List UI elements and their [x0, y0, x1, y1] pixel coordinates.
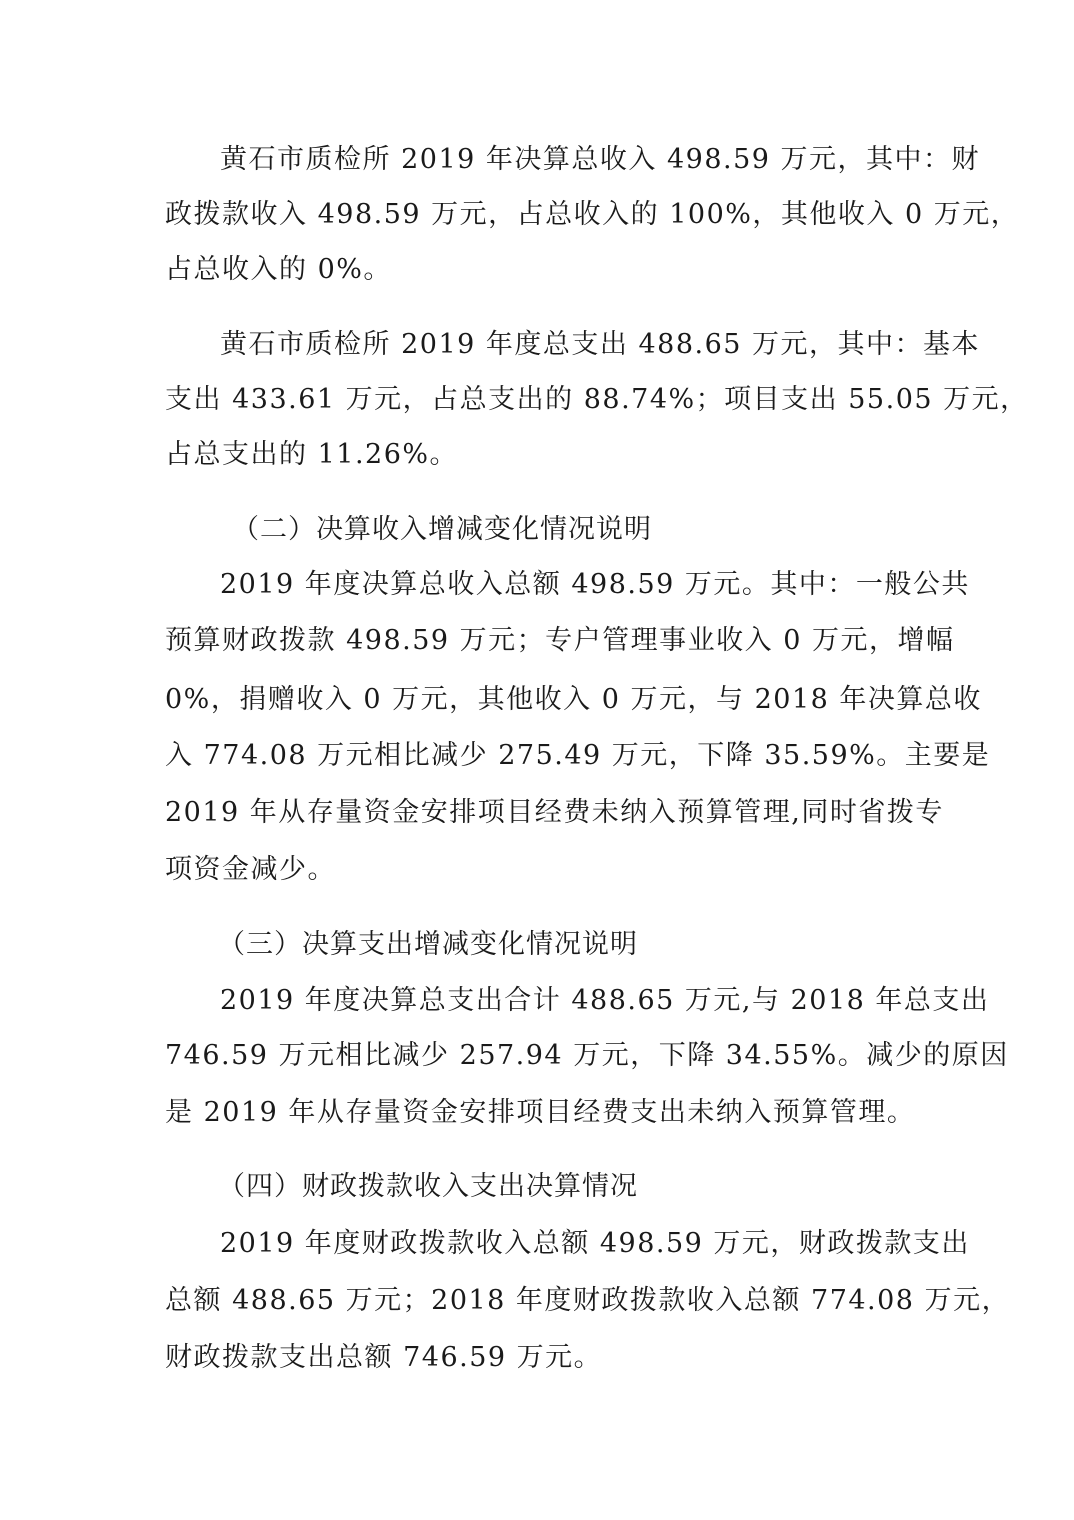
- section-heading: （二）决算收入增减变化情况说明: [232, 513, 652, 547]
- text-line: 746.59 万元相比减少 257.94 万元，下降 34.55%。减少的原因: [165, 1039, 910, 1073]
- section-heading: （三）决算支出增减变化情况说明: [218, 928, 638, 962]
- text-line: 是 2019 年从存量资金安排项目经费支出未纳入预算管理。: [165, 1096, 910, 1130]
- text-line: 入 774.08 万元相比减少 275.49 万元，下降 35.59%。主要是: [165, 739, 910, 773]
- text-line: 黄石市质检所 2019 年决算总收入 498.59 万元，其中：财: [220, 143, 910, 177]
- text-line: 2019 年度决算总支出合计 488.65 万元,与 2018 年总支出: [220, 984, 910, 1018]
- text-line: 0%，捐赠收入 0 万元，其他收入 0 万元，与 2018 年决算总收: [165, 683, 910, 717]
- text-line: 占总支出的 11.26%。: [165, 438, 910, 472]
- text-line: 2019 年从存量资金安排项目经费未纳入预算管理,同时省拨专: [165, 796, 910, 830]
- text-line: 预算财政拨款 498.59 万元；专户管理事业收入 0 万元，增幅: [165, 624, 910, 658]
- text-line: 项资金减少。: [165, 853, 910, 887]
- text-line: 政拨款收入 498.59 万元，占总收入的 100%，其他收入 0 万元，: [165, 198, 910, 232]
- text-line: 财政拨款支出总额 746.59 万元。: [165, 1341, 910, 1375]
- section-heading: （四）财政拨款收入支出决算情况: [218, 1170, 638, 1204]
- text-line: 支出 433.61 万元，占总支出的 88.74%；项目支出 55.05 万元，: [165, 383, 910, 417]
- text-line: 占总收入的 0%。: [165, 253, 910, 287]
- text-line: 2019 年度财政拨款收入总额 498.59 万元，财政拨款支出: [220, 1227, 910, 1261]
- text-line: 总额 488.65 万元；2018 年度财政拨款收入总额 774.08 万元，: [165, 1284, 910, 1318]
- text-line: 黄石市质检所 2019 年度总支出 488.65 万元，其中：基本: [220, 328, 910, 362]
- text-line: 2019 年度决算总收入总额 498.59 万元。其中：一般公共: [220, 568, 910, 602]
